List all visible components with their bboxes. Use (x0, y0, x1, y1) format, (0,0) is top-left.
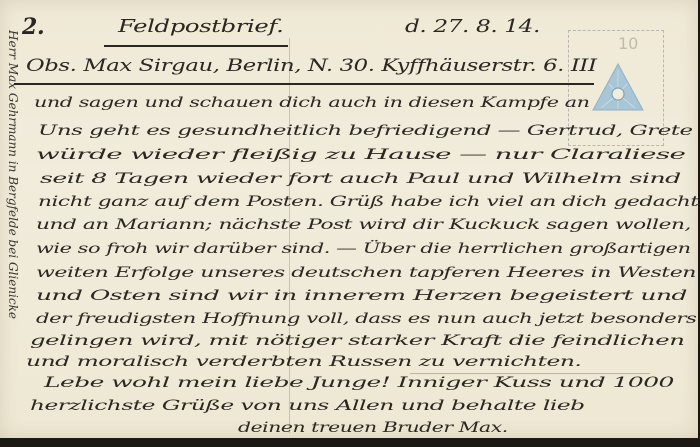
address-line: Obs. Max Sirgau, Berlin, N. 30. Kyffhäus… (26, 56, 597, 76)
body-line: Uns geht es gesundheitlich befriedigend … (38, 122, 693, 140)
body-line: und sagen und schauen dich auch in diese… (34, 94, 590, 112)
triangle-stamp-icon (591, 62, 645, 112)
faint-strike-line (410, 373, 650, 374)
body-line: wie so froh wir darüber sind. — Über die… (36, 240, 691, 258)
body-line: Lebe wohl mein liebe Junge! Inniger Kuss… (44, 374, 674, 392)
postcard: Herr Max Gehrmann in Bergfelde bei Glien… (0, 0, 698, 438)
date: d. 27. 8. 14. (405, 16, 540, 37)
body-line: gelingen wird, mit nötiger starker Kraft… (30, 332, 684, 350)
heading: Feldpostbrief. (118, 16, 283, 37)
margin-vertical-text: Herr Max Gehrmann in Bergfelde bei Glien… (4, 30, 20, 410)
body-line: herzlichste Grüße von uns Allen und beha… (30, 397, 585, 415)
body-line: weiten Erfolge unseres deutschen tapfere… (36, 264, 696, 282)
heading-underline (104, 45, 288, 47)
page-number: 2. (22, 14, 44, 40)
signature-line: deinen treuen Bruder Max. (238, 419, 508, 437)
stamp-faint-mark: 10 (618, 34, 638, 53)
body-line: und moralisch verderbten Russen zu verni… (26, 353, 581, 371)
body-line: der freudigsten Hoffnung voll, dass es n… (36, 310, 696, 328)
body-line: und an Mariann; nächste Post wird dir Ku… (36, 216, 691, 234)
scan-edge (0, 438, 700, 447)
body-line: nicht ganz auf dem Posten. Grüß habe ich… (38, 193, 698, 211)
body-line: und Osten sind wir in innerem Herzen beg… (36, 287, 687, 305)
body-line: würde wieder fleißig zu Hause — nur Clar… (36, 146, 685, 164)
body-line: seit 8 Tagen wieder fort auch Paul und W… (40, 170, 681, 188)
address-underline (14, 83, 594, 85)
